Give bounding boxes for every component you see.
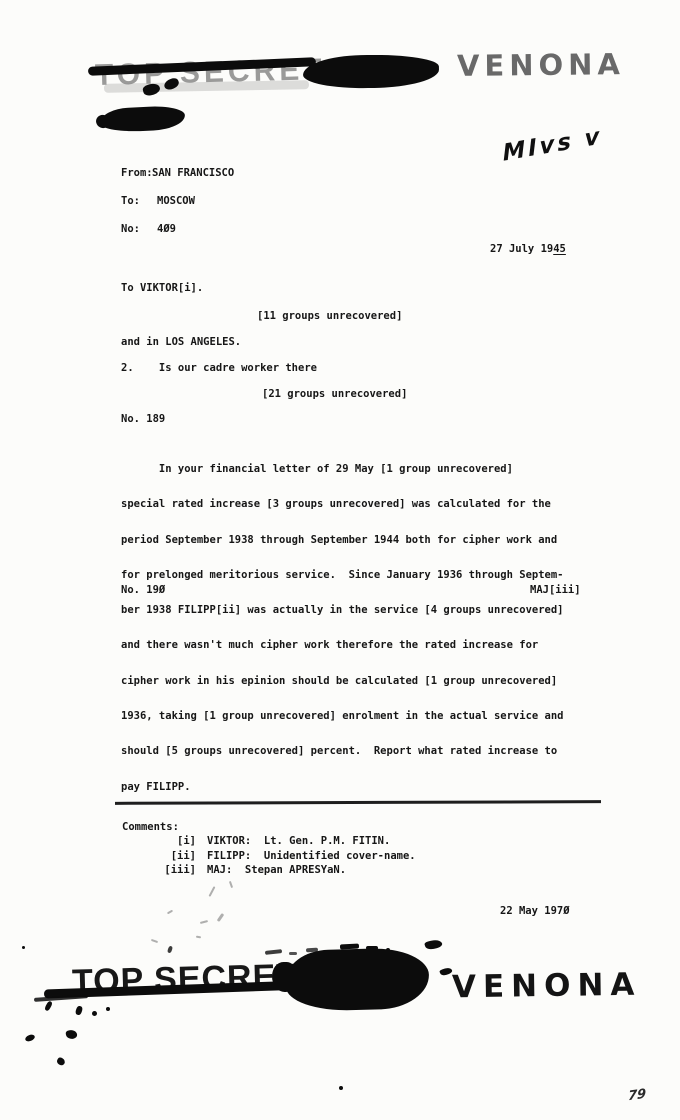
no-value: 4Ø9: [157, 224, 176, 235]
paragraph-line: period September 1938 through September …: [121, 534, 564, 547]
ink-speck: [65, 1029, 77, 1040]
comment-label: [ii]: [122, 851, 196, 862]
page-number: 79: [628, 1087, 646, 1105]
pencil-smudge: [151, 939, 158, 943]
redaction-blob-top: [303, 54, 440, 89]
comment-row: [iii]MAJ: Stepan APRESYaN.: [122, 865, 346, 876]
comment-text: VIKTOR: Lt. Gen. P.M. FITIN.: [207, 835, 390, 847]
venona-stamp-bottom: VENONA: [452, 967, 642, 1006]
pencil-smudge: [217, 913, 225, 922]
ink-speck: [22, 946, 25, 949]
comments-title: Comments:: [122, 822, 179, 833]
ink-speck: [56, 1056, 66, 1066]
redaction-blob-bottom: [272, 962, 296, 992]
pencil-smudge: [200, 920, 208, 924]
paragraph-line: should [5 groups unrecovered] percent. R…: [121, 745, 564, 758]
paragraph-line: pay FILIPP.: [121, 781, 564, 794]
pencil-smudge: [229, 881, 233, 888]
body-line: and in LOS ANGELES.: [121, 337, 241, 348]
to-value: MOSCOW: [157, 196, 195, 207]
no-label: No:: [121, 224, 140, 235]
message-number-2: No. 19Ø: [121, 585, 165, 596]
venona-stamp-top: VENONA: [457, 47, 625, 83]
ink-speck: [92, 1011, 97, 1016]
message-paragraph: In your financial letter of 29 May [1 gr…: [121, 441, 564, 816]
paragraph-line: cipher work in his epinion should be cal…: [121, 675, 564, 688]
ink-speck: [24, 1033, 36, 1042]
document-date: 27 July 1945: [490, 244, 566, 255]
to-label: To:: [121, 196, 140, 207]
ink-speck: [106, 1007, 110, 1011]
body-line-item-2: 2. Is our cadre worker there: [121, 363, 317, 374]
signature: MAJ[iii]: [530, 585, 581, 596]
handwritten-annotation: MIvs v: [502, 123, 603, 167]
comment-label: [iii]: [122, 865, 196, 876]
salutation: To VIKTOR[i].: [121, 283, 203, 294]
groups-unrecovered: [11 groups unrecovered]: [257, 311, 402, 322]
paragraph-line: special rated increase [3 groups unrecov…: [121, 498, 564, 511]
paragraph-line: 1936, taking [1 group unrecovered] enrol…: [121, 710, 564, 723]
redaction-blob-small: [100, 105, 185, 133]
comment-text: MAJ: Stepan APRESYaN.: [207, 864, 346, 876]
from-value: SAN FRANCISCO: [152, 168, 234, 179]
ink-smudge: [289, 952, 297, 955]
comment-row: [ii]FILIPP: Unidentified cover-name.: [122, 851, 416, 862]
pencil-smudge: [196, 936, 201, 939]
release-date: 22 May 197Ø: [500, 906, 570, 917]
ink-speck: [44, 1000, 53, 1011]
groups-unrecovered: [21 groups unrecovered]: [262, 389, 407, 400]
paragraph-line: ber 1938 FILIPP[ii] was actually in the …: [121, 604, 564, 617]
comment-label: [i]: [122, 836, 196, 847]
ink-speck: [75, 1005, 83, 1015]
comment-row: [i]VIKTOR: Lt. Gen. P.M. FITIN.: [122, 836, 390, 847]
paragraph-line: for prelonged meritorious service. Since…: [121, 569, 564, 582]
pencil-smudge: [167, 910, 173, 915]
from-label: From:: [121, 168, 153, 179]
ink-speck: [167, 946, 173, 954]
ink-mark-arrow: [424, 938, 443, 952]
pencil-smudge: [209, 886, 216, 897]
paragraph-line: and there wasn't much cipher work theref…: [121, 639, 564, 652]
message-number-1: No. 189: [121, 414, 165, 425]
document-page: TOP SECRET VENONA MIvs v From: SAN FRANC…: [0, 0, 680, 1120]
ink-speck: [339, 1086, 343, 1090]
paragraph-line: In your financial letter of 29 May [1 gr…: [121, 463, 564, 476]
redaction-blob-bottom: [285, 947, 430, 1012]
ink-smudge: [265, 949, 282, 955]
comment-text: FILIPP: Unidentified cover-name.: [207, 850, 416, 862]
